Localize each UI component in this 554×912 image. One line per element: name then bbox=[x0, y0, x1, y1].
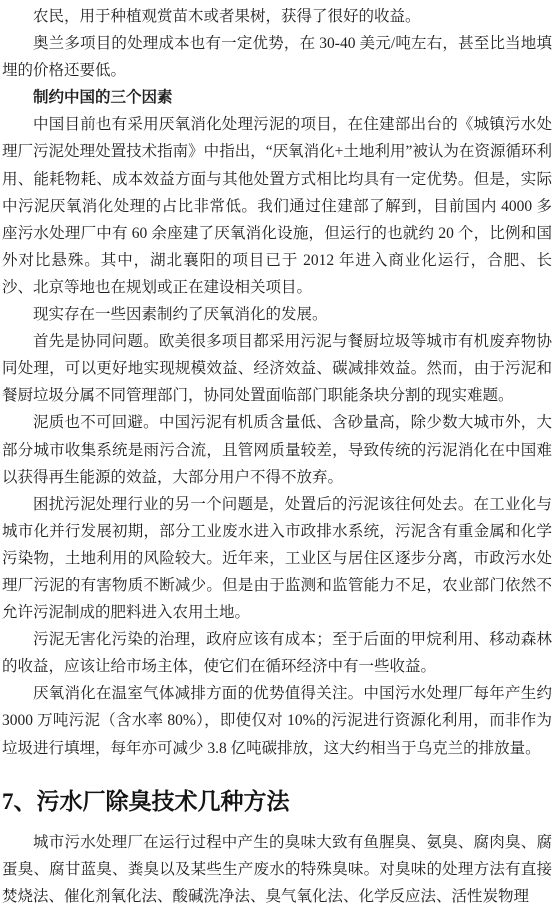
section-heading-deodorization: 7、污水厂除臭技术几种方法 bbox=[2, 785, 552, 818]
paragraph-disposal-destination: 困扰污泥处理行业的另一个问题是，处置后的污泥该往何处去。在工业化与城市化并行发展… bbox=[2, 491, 552, 626]
paragraph-government-cost: 污泥无害化污染的治理，政府应该有成本；至于后面的甲烷利用、移动森林的收益，应该让… bbox=[2, 626, 552, 680]
document-page: 农民，用于种植观赏苗木或者果树，获得了很好的收益。 奥兰多项目的处理成本也有一定… bbox=[0, 0, 554, 912]
paragraph-constraint-intro: 现实存在一些因素制约了厌氧消化的发展。 bbox=[2, 301, 552, 328]
paragraph-orlando-cost: 奥兰多项目的处理成本也有一定优势，在 30-40 美元/吨左右，甚至比当地填埋的… bbox=[2, 30, 552, 84]
subheading-three-constraints: 制约中国的三个因素 bbox=[2, 84, 552, 111]
paragraph-china-anaerobic-projects: 中国目前也有采用厌氧消化处理污泥的项目，在住建部出台的《城镇污水处理厂污泥处理处… bbox=[2, 111, 552, 301]
paragraph-ghg-reduction: 厌氧消化在温室气体减排方面的优势值得关注。中国污水处理厂每年产生约 3000 万… bbox=[2, 680, 552, 761]
paragraph-farmers-benefit: 农民，用于种植观赏苗木或者果树，获得了很好的收益。 bbox=[2, 3, 552, 30]
paragraph-sludge-quality: 泥质也不可回避。中国污泥有机质含量低、含砂量高，除少数大城市外，大部分城市收集系… bbox=[2, 409, 552, 490]
paragraph-odor-types: 城市污水处理厂在运行过程中产生的臭味大致有鱼腥臭、氨臭、腐肉臭、腐蛋臭、腐甘蓝臭… bbox=[2, 829, 552, 910]
paragraph-coordination-problem: 首先是协同问题。欧美很多项目都采用污泥与餐厨垃圾等城市有机废弃物协同处理，可以更… bbox=[2, 328, 552, 409]
